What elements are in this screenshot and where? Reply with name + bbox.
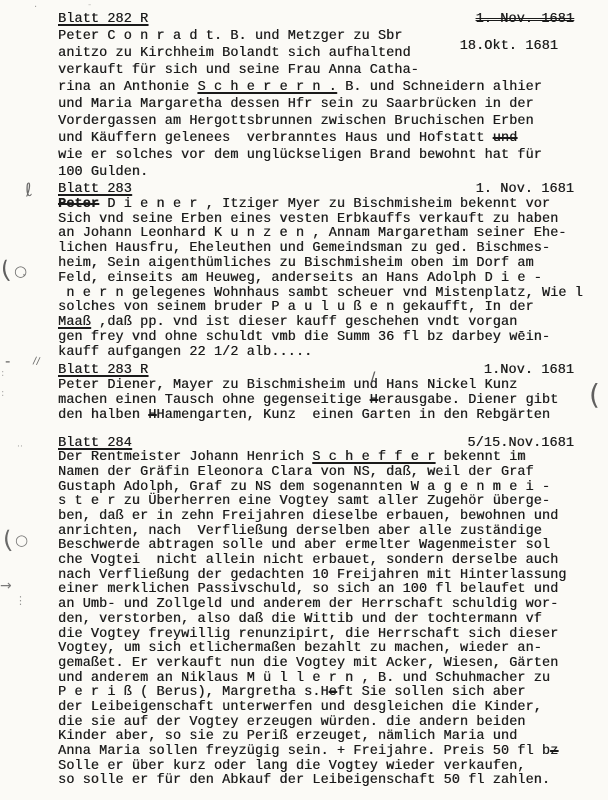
pencil-mark: - (88, 0, 91, 10)
text-segment: machen einen Tausch ohne gegenseitige (58, 393, 370, 408)
text-line: an Johann Leonhard K u n z e n , Annam M… (58, 227, 608, 242)
text-line: ben, daß er in zehn Freijahren dieselbe … (58, 510, 608, 525)
text-segment: ,daß pp. vnd ist dieser kauff geschehen … (91, 315, 517, 330)
pencil-mark: · (22, 268, 26, 282)
text-segment: kauff aufgangen 22 1/2 alb..... (58, 345, 312, 360)
text-line: Gustaph Adolph, Graf zu NS dem sogenannt… (58, 481, 608, 496)
text-line: Peter D i e n e r , Itziger Myer zu Bisc… (58, 198, 608, 213)
text-line: Kinder aber, so sie zu Periß erzeuget, n… (58, 730, 608, 745)
text-segment: ben, daß er in zehn Freijahren dieselbe … (58, 509, 558, 524)
pencil-mark: · (34, 2, 37, 13)
pencil-mark: - (5, 352, 11, 370)
text-line: Solle er über kurz oder lang die Vogtey … (58, 760, 608, 775)
text-line: gemaßet. Er verkauft nun die Vogtey mit … (58, 657, 608, 672)
text-segment: Sich vnd seine Erben eines vesten Erbkau… (58, 212, 558, 227)
text-line: n e r n gelegenes Wohnhaus sambt scheuer… (58, 287, 608, 302)
text-line: die Vogtey freywillig renunzipirt, die H… (58, 628, 608, 643)
text-line: und Maria Margaretha dessen Hfr sein zu … (58, 96, 608, 113)
text-line: che Vogtei nicht allein nicht erbauet, s… (58, 554, 608, 569)
text-segment: ft Sie sollen sich aber (337, 685, 526, 700)
text-line: machen einen Tausch ohne gegenseitige He… (58, 393, 608, 408)
entry-date: 18.Okt. 1681 (460, 39, 558, 54)
text-line: heim, Sein aigenthümliches zu Bischmishe… (58, 257, 608, 272)
entry-date: 5/15.Nov.1681 (467, 437, 574, 452)
text-line: nach Verfließung der gedachten 10 Freija… (58, 569, 608, 584)
text-segment: nach Verfließung der gedachten 10 Freija… (58, 568, 566, 583)
text-segment: gen frey vnd ohne schuldt vmb die Summ 3… (58, 330, 550, 345)
entry-text: Peter Diener, Mayer zu Bischmisheim und … (58, 378, 608, 423)
entry-header: Blatt 284 5/15.Nov.1681 (58, 437, 608, 452)
entry-blatt-284: Blatt 284 5/15.Nov.1681 Der Rentmeister … (58, 437, 608, 790)
text-segment: erausgabe. Diener gibt (378, 393, 558, 408)
text-segment-x: e (329, 685, 337, 700)
text-segment: Vogtey, um sich etlichermaßen bezahlt zu… (58, 641, 542, 656)
text-segment: anitzo zu Kirchheim Bolandt sich aufhalt… (58, 46, 411, 61)
text-segment-u: S c h e r e r n . (197, 80, 336, 95)
text-line: Der Rentmeister Johann Henrich S c h e f… (58, 451, 608, 466)
text-segment: D i e n e r , Itziger Myer zu Bischmishe… (99, 197, 550, 212)
text-line: Beschwerde abtragen solle und aber ermel… (58, 539, 608, 554)
blatt-heading: Blatt 282 R (58, 11, 148, 28)
text-line: den, verstorben, also daß die Wittib und… (58, 613, 608, 628)
text-line: s t e r zu Überherren eine Vogtey samt a… (58, 495, 608, 510)
text-segment: an Johann Leonhard K u n z e n , Annam M… (58, 226, 566, 241)
entry-date: 1.Nov. 1681 (484, 363, 574, 378)
text-segment: den, verstorben, also daß die Wittib und… (58, 612, 542, 627)
text-line: und Käuffern gelenees verbranntes Haus u… (58, 130, 608, 147)
text-line: Peter Diener, Mayer zu Bischmisheim und … (58, 378, 608, 393)
text-segment: anrichten, nach Verfließung derselben ab… (58, 524, 542, 539)
entry-blatt-282r: Blatt 282 R 1. Nov. 1681 18.Okt. 1681 Pe… (58, 11, 608, 181)
pencil-mark: ○ (15, 531, 28, 549)
text-line: so solle er für den Abkauf der Leibeigen… (58, 774, 608, 789)
text-line: Vogtey, um sich etlichermaßen bezahlt zu… (58, 642, 608, 657)
text-segment: und Käuffern gelenees verbranntes Haus u… (58, 131, 493, 146)
text-segment: B. und Schneidern alhier (337, 80, 542, 95)
text-line: die sie auf der Vogtey erzeugen würden. … (58, 716, 608, 731)
blatt-heading: Blatt 284 (58, 437, 132, 452)
pencil-mark: : (1, 368, 4, 379)
entry-header: Blatt 283 1. Nov. 1681 (58, 183, 608, 198)
scanned-document-page: Blatt 282 R 1. Nov. 1681 18.Okt. 1681 Pe… (0, 0, 608, 800)
pencil-mark: // (32, 356, 40, 368)
text-segment: verkauft für sich und seine Frau Anna Ca… (58, 63, 419, 78)
text-segment: Kinder aber, so sie zu Periß erzeuget, n… (58, 729, 517, 744)
text-segment: Der Rentmeister Johann Henrich (58, 450, 312, 465)
pencil-mark: ○ (14, 262, 27, 280)
text-line: lichen Hausfru, Eheleuthen und Gemeindsm… (58, 242, 608, 257)
text-segment: an Umb- und Zollgeld und anderem der Her… (58, 597, 558, 612)
text-line: den halben HHamengarten, Kunz einen Gart… (58, 408, 608, 423)
text-line: Namen der Gräfin Eleonora Clara von NS, … (58, 466, 608, 481)
text-segment: den halben (58, 408, 148, 423)
text-segment: Peter Diener, Mayer zu Bischmisheim und … (58, 378, 517, 393)
text-segment: und anderem an Niklaus M ü l l e r n , B… (58, 671, 550, 686)
text-segment: wie er solches vor dem unglückseligen Br… (58, 148, 542, 163)
text-line: und anderem an Niklaus M ü l l e r n , B… (58, 672, 608, 687)
text-line: an Umb- und Zollgeld und anderem der Her… (58, 598, 608, 613)
text-line: kauff aufgangen 22 1/2 alb..... (58, 346, 608, 361)
text-segment: der Leibeigenschaft unterwerfen und desg… (58, 700, 542, 715)
text-segment-x: H (370, 393, 378, 408)
pencil-mark: : (1, 388, 4, 399)
text-segment: Vordergassen am Hergottsbrunnen zwischen… (58, 114, 534, 129)
text-segment: n e r n gelegenes Wohnhaus sambt scheuer… (58, 286, 583, 301)
text-line: anrichten, nach Verfließung derselben ab… (58, 525, 608, 540)
entry-header: Blatt 282 R 1. Nov. 1681 (58, 11, 608, 28)
text-line: 100 Gulden. (58, 164, 608, 181)
text-segment: und Maria Margaretha dessen Hfr sein zu … (58, 97, 534, 112)
entry-blatt-283r: Blatt 283 R 1.Nov. 1681 Peter Diener, Ma… (58, 363, 608, 423)
text-segment: Peter C o n r a d t. B. und Metzger zu S… (58, 29, 402, 44)
text-segment-x: z (550, 744, 558, 759)
text-segment: bekennt im (435, 450, 525, 465)
text-segment: 100 Gulden. (58, 165, 148, 180)
text-line: Anna Maria sollen freyzügig sein. + Frei… (58, 745, 608, 760)
text-segment: Beschwerde abtragen solle und aber ermel… (58, 538, 550, 553)
text-segment: che Vogtei nicht allein nicht erbauet, s… (58, 553, 558, 568)
text-segment: einer merklichen Passivschuld, so sich a… (58, 582, 558, 597)
text-line: Feld, einseits am Heuweg, anderseits an … (58, 272, 608, 287)
pencil-mark: ·· (17, 442, 23, 452)
text-line: Sich vnd seine Erben eines vesten Erbkau… (58, 213, 608, 228)
pencil-mark: ( (0, 255, 12, 284)
text-segment-u: Maaß (58, 315, 91, 330)
text-segment: rina an Anthonie (58, 80, 197, 95)
text-segment: gemaßet. Er verkauft nun die Vogtey mit … (58, 656, 558, 671)
text-line: Maaß ,daß pp. vnd ist dieser kauff gesch… (58, 316, 608, 331)
pencil-mark: ℓ (23, 179, 35, 201)
text-line: rina an Anthonie S c h e r e r n . B. un… (58, 79, 608, 96)
text-segment: Gustaph Adolph, Graf zu NS dem sogenannt… (58, 480, 550, 495)
text-segment-xb: Peter (58, 197, 99, 212)
text-line: solches von seinem bruder P a u l u ß e … (58, 301, 608, 316)
text-segment: P e r i ß ( Berus), Margretha s.H (58, 685, 329, 700)
text-segment: Namen der Gräfin Eleonora Clara von NS, … (58, 465, 534, 480)
text-line: Vordergassen am Hergottsbrunnen zwischen… (58, 113, 608, 130)
entry-date-struck: 1. Nov. 1681 (476, 11, 574, 28)
text-line: einer merklichen Passivschuld, so sich a… (58, 583, 608, 598)
text-segment: Feld, einseits am Heuweg, anderseits an … (58, 271, 542, 286)
text-segment: Hamengarten, Kunz einen Garten in den Re… (156, 408, 550, 423)
pencil-mark: → (0, 578, 12, 594)
text-line: wie er solches vor dem unglückseligen Br… (58, 147, 608, 164)
entry-header: Blatt 283 R 1.Nov. 1681 (58, 363, 608, 378)
text-segment-u: S c h e f f e r (312, 450, 435, 465)
text-segment: heim, Sein aigenthümliches zu Bischmishe… (58, 256, 534, 271)
text-segment: Anna Maria sollen freyzügig sein. + Frei… (58, 744, 550, 759)
text-line: P e r i ß ( Berus), Margretha s.Heft Sie… (58, 686, 608, 701)
text-segment: die Vogtey freywillig renunzipirt, die H… (58, 627, 558, 642)
text-segment: die sie auf der Vogtey erzeugen würden. … (58, 715, 525, 730)
blatt-heading: Blatt 283 R (58, 363, 148, 378)
entry-date: 1. Nov. 1681 (476, 183, 574, 198)
pencil-mark: ( (2, 526, 14, 555)
text-segment: s t e r zu Überherren eine Vogtey samt a… (58, 494, 550, 509)
entry-text: Der Rentmeister Johann Henrich S c h e f… (58, 451, 608, 789)
text-segment: Solle er über kurz oder lang die Vogtey … (58, 759, 525, 774)
pencil-mark: ⋮ (15, 594, 26, 607)
blatt-heading: Blatt 283 (58, 183, 132, 198)
entry-text: Peter D i e n e r , Itziger Myer zu Bisc… (58, 198, 608, 361)
text-segment-x: und (493, 131, 518, 146)
text-segment: solches von seinem bruder P a u l u ß e … (58, 300, 534, 315)
text-line: gen frey vnd ohne schuldt vmb die Summ 3… (58, 331, 608, 346)
text-segment: so solle er für den Abkauf der Leibeigen… (58, 773, 550, 788)
text-line: verkauft für sich und seine Frau Anna Ca… (58, 62, 608, 79)
entry-blatt-283: Blatt 283 1. Nov. 1681 Peter D i e n e r… (58, 183, 608, 361)
text-line: der Leibeigenschaft unterwerfen und desg… (58, 701, 608, 716)
text-segment: lichen Hausfru, Eheleuthen und Gemeindsm… (58, 241, 550, 256)
